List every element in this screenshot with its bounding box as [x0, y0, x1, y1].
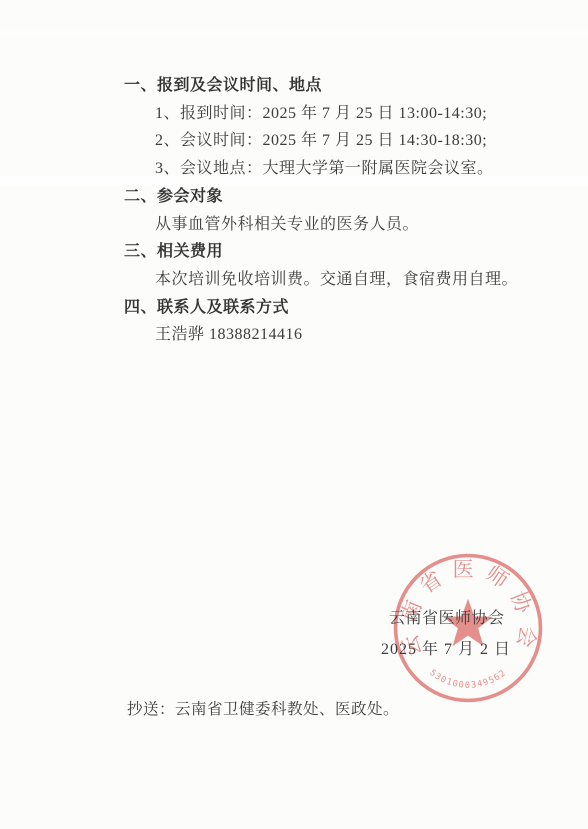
signature-date: 2025 年 7 月 2 日: [381, 636, 511, 659]
official-seal: 云南省医师协会 5301000349562: [391, 551, 545, 705]
contact-line: 王浩骅 18388214416: [124, 321, 564, 349]
doc-line: 从事血管外科相关专业的医务人员。: [124, 211, 564, 239]
signature-organization: 云南省医师协会: [389, 605, 505, 628]
scan-artifact-band: [0, 30, 588, 38]
cc-distribution-line: 抄送：云南省卫健委科教处、医政处。: [127, 697, 399, 719]
section-heading-1: 一、报到及会议时间、地点: [124, 72, 564, 100]
scanned-document-page: 一、报到及会议时间、地点 1、报到时间：2025 年 7 月 25 日 13:0…: [0, 0, 588, 829]
document-body: 一、报到及会议时间、地点 1、报到时间：2025 年 7 月 25 日 13:0…: [124, 72, 564, 349]
section-heading-4: 四、联系人及联系方式: [124, 294, 564, 322]
doc-line: 本次培训免收培训费。交通自理，食宿费用自理。: [124, 266, 564, 294]
doc-line: 1、报到时间：2025 年 7 月 25 日 13:00-14:30;: [124, 100, 564, 128]
section-heading-3: 三、相关费用: [124, 238, 564, 266]
doc-line: 3、会议地点：大理大学第一附属医院会议室。: [124, 155, 564, 183]
seal-serial-number: 5301000349562: [427, 668, 508, 691]
doc-line: 2、会议时间：2025 年 7 月 25 日 14:30-18:30;: [124, 127, 564, 155]
section-heading-2: 二、参会对象: [124, 183, 564, 211]
